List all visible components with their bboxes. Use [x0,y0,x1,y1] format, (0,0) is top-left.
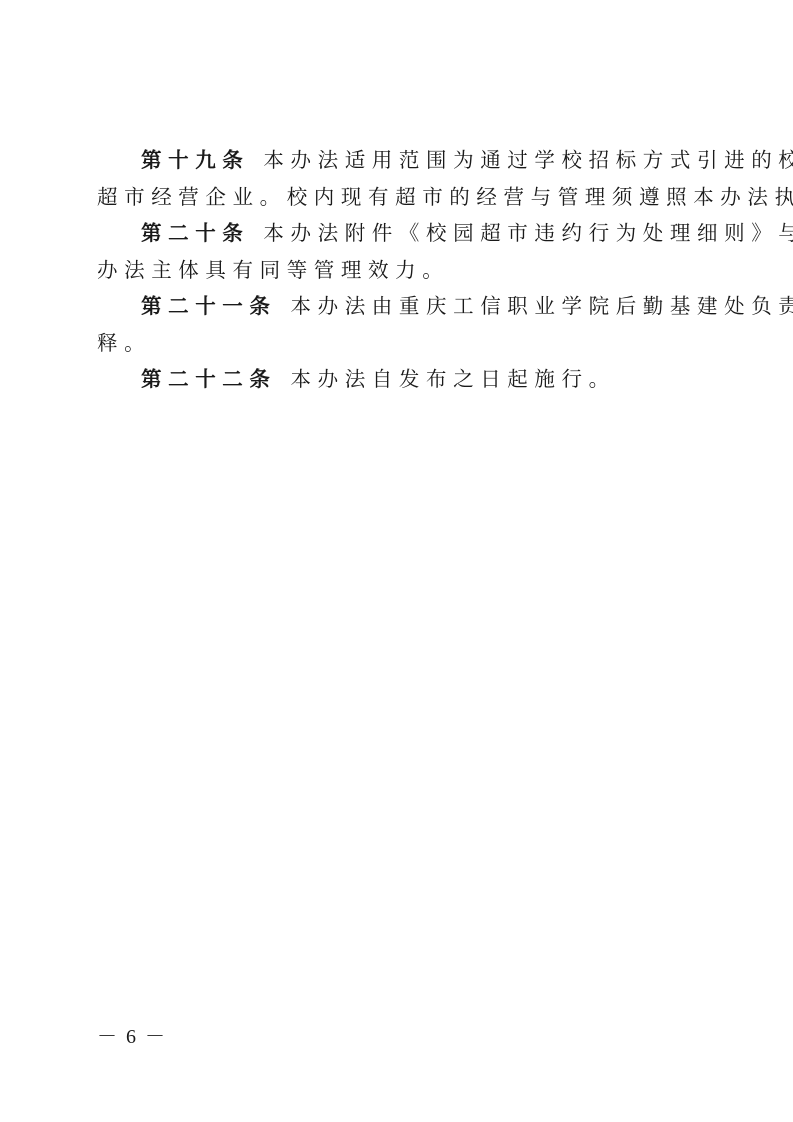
article-text: 释。 [97,331,151,355]
article-number: 第二十二条 [141,367,277,391]
article-line: 第二十二条本办法自发布之日起施行。 [97,361,697,398]
article-line: 第十九条本办法适用范围为通过学校招标方式引进的校园 [97,142,697,179]
document-body: 第十九条本办法适用范围为通过学校招标方式引进的校园 超市经营企业。校内现有超市的… [97,142,697,398]
document-page: 第十九条本办法适用范围为通过学校招标方式引进的校园 超市经营企业。校内现有超市的… [0,0,793,1122]
article-line: 第二十条本办法附件《校园超市违约行为处理细则》与本 [97,215,697,252]
article-number: 第二十条 [141,221,249,245]
article-text: 本办法自发布之日起施行。 [291,367,616,391]
page-number: － 6 － [97,1020,167,1049]
article-text: 超市经营企业。校内现有超市的经营与管理须遵照本办法执行。 [97,185,793,209]
article-21: 第二十一条本办法由重庆工信职业学院后勤基建处负责解 释。 [97,288,697,361]
article-19: 第十九条本办法适用范围为通过学校招标方式引进的校园 超市经营企业。校内现有超市的… [97,142,697,215]
article-line: 第二十一条本办法由重庆工信职业学院后勤基建处负责解 [97,288,697,325]
article-line: 超市经营企业。校内现有超市的经营与管理须遵照本办法执行。 [97,179,697,216]
article-text: 本办法附件《校园超市违约行为处理细则》与本 [263,221,793,245]
article-line: 办法主体具有同等管理效力。 [97,252,697,289]
article-line: 释。 [97,325,697,362]
article-text: 本办法适用范围为通过学校招标方式引进的校园 [263,148,793,172]
article-text: 办法主体具有同等管理效力。 [97,258,449,282]
article-number: 第十九条 [141,148,249,172]
article-20: 第二十条本办法附件《校园超市违约行为处理细则》与本 办法主体具有同等管理效力。 [97,215,697,288]
article-number: 第二十一条 [141,294,277,318]
article-text: 本办法由重庆工信职业学院后勤基建处负责解 [291,294,793,318]
article-22: 第二十二条本办法自发布之日起施行。 [97,361,697,398]
